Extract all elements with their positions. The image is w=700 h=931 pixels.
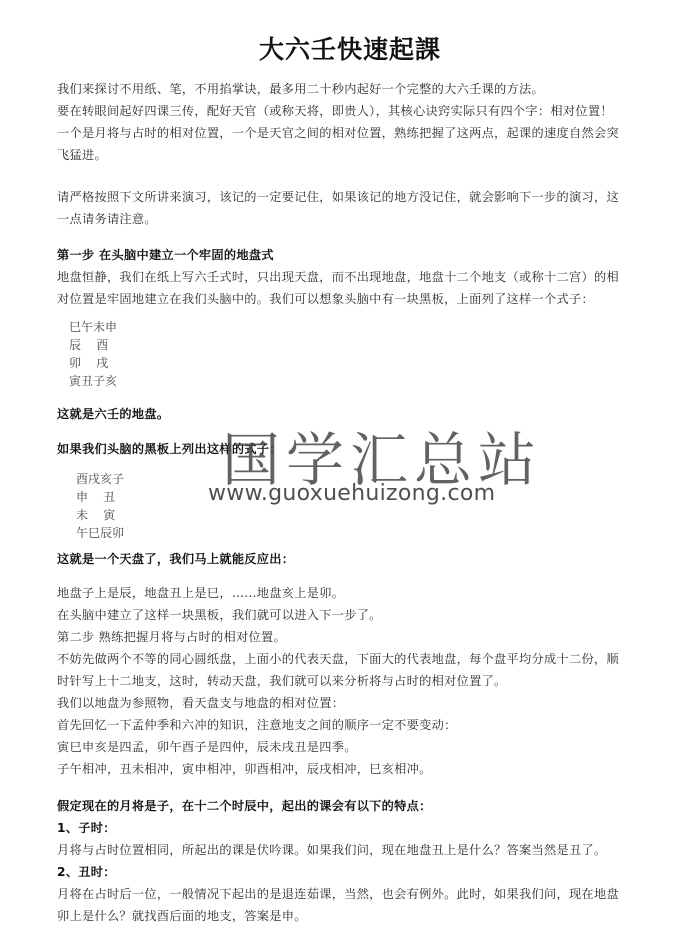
- assume-heading: 假定现在的月将是子，在十二个时辰中，起出的课会有以下的特点：: [57, 797, 432, 814]
- earth-board-row: 巳午未申: [69, 318, 117, 336]
- note-line-2: 一点请务请注意。: [57, 210, 157, 227]
- body-line-2: 在头脑中建立了这样一块黑板，我们就可以进入下一步了。: [57, 606, 382, 623]
- document-page: 大六壬快速起課 我们来探讨不用纸、笔，不用掐掌诀，最多用二十秒内起好一个完整的大…: [0, 0, 700, 931]
- earth-board-caption: 这就是六壬的地盘。: [57, 405, 169, 422]
- intro-line-1: 我们来探讨不用纸、笔，不用掐掌诀，最多用二十秒内起好一个完整的大六壬课的方法。: [57, 80, 544, 97]
- body-line-6: 我们以地盘为参照物，看天盘支与地盘的相对位置：: [57, 694, 344, 711]
- heaven-board-diagram: 酉戌亥子 申 丑 未 寅 午巳辰卯: [76, 470, 124, 542]
- item2-heading: 2、丑时：: [57, 863, 116, 880]
- body-line-1: 地盘子上是辰，地盘丑上是巳，……地盘亥上是卯。: [57, 584, 344, 601]
- body-line-9: 子午相冲，丑未相冲，寅申相冲，卯酉相冲，辰戌相冲，巳亥相冲。: [57, 760, 432, 777]
- intro-line-2: 要在转眼间起好四课三传，配好天官（或称天将，即贵人），其核心诀窍实际只有四个字：…: [57, 102, 613, 119]
- heaven-board-row: 未 寅: [76, 506, 124, 524]
- intro-line-3: 一个是月将与占时的相对位置，一个是天官之间的相对位置，熟练把握了这两点，起课的速…: [57, 124, 619, 141]
- item1-text: 月将与占时位置相同，所起出的课是伏吟课。如果我们问，现在地盘丑上是什么？答案当然…: [57, 841, 606, 858]
- item2-text-2: 卯上是什么？就找酉后面的地支，答案是申。: [57, 907, 307, 924]
- earth-board-row: 卯 戌: [69, 354, 117, 372]
- step1-text-1: 地盘恒静，我们在纸上写六壬式时，只出现天盘，而不出现地盘，地盘十二个地支（或称十…: [57, 268, 619, 285]
- item1-heading: 1、子时：: [57, 819, 116, 836]
- earth-board-diagram: 巳午未申 辰 酉 卯 戌 寅丑子亥: [69, 318, 117, 390]
- earth-board-row: 寅丑子亥: [69, 372, 117, 390]
- body-line-8: 寅巳申亥是四孟，卯午酉子是四仲，辰未戌丑是四季。: [57, 738, 357, 755]
- earth-board-row: 辰 酉: [69, 336, 117, 354]
- body-line-4: 不妨先做两个不等的同心圆纸盘，上面小的代表天盘，下面大的代表地盘，每个盘平均分成…: [57, 650, 619, 667]
- heaven-board-row: 午巳辰卯: [76, 524, 124, 542]
- step1-text-2: 对位置是牢固地建立在我们头脑中的。我们可以想象头脑中有一块黑板，上面列了这样一个…: [57, 290, 594, 307]
- item2-text-1: 月将在占时后一位，一般情况下起出的是退连茹课，当然，也会有例外。此时，如果我们问…: [57, 885, 619, 902]
- step1-heading: 第一步 在头脑中建立一个牢固的地盘式: [57, 246, 274, 263]
- note-line-1: 请严格按照下文所讲来演习，该记的一定要记住，如果该记的地方没记住，就会影响下一步…: [57, 188, 619, 205]
- document-title: 大六壬快速起課: [0, 30, 700, 66]
- heaven-board-row: 酉戌亥子: [76, 470, 124, 488]
- heaven-board-row: 申 丑: [76, 488, 124, 506]
- intro-line-4: 飞猛进。: [57, 146, 107, 163]
- step2-heading: 第二步 熟练把握月将与占时的相对位置。: [57, 628, 286, 645]
- body-line-5: 时针写上十二地支，这时，转动天盘，我们就可以来分析将与占时的相对位置了。: [57, 672, 507, 689]
- body-line-7: 首先回忆一下孟仲季和六冲的知识，注意地支之间的顺序一定不要变动：: [57, 716, 457, 733]
- watermark-url: www.guoxuehuizong.com: [208, 481, 495, 506]
- heaven-caption: 这就是一个天盘了，我们马上就能反应出：: [57, 550, 294, 567]
